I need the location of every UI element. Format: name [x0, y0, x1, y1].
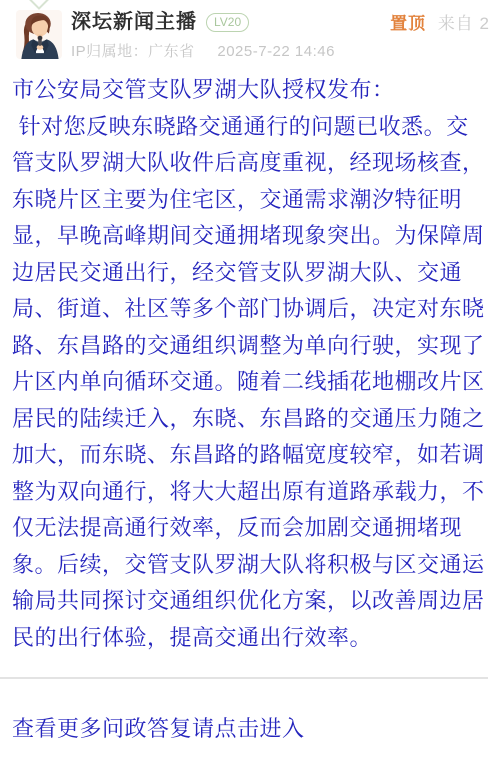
post-header: 深坛新闻主播 LV20 IP归属地：广东省 2025-7-22 14:46 置顶…	[0, 0, 500, 61]
post-body-text: 市公安局交管支队罗湖大队授权发布： 针对您反映东晓路交通通行的问题已收悉。交 管…	[0, 72, 500, 656]
user-info-block: 深坛新闻主播 LV20 IP归属地：广东省 2025-7-22 14:46	[71, 10, 390, 61]
section-divider	[0, 677, 488, 679]
user-level-badge: LV20	[206, 13, 249, 32]
from-floor-link[interactable]: 来自 2	[438, 14, 490, 33]
user-avatar[interactable]	[16, 10, 62, 59]
header-right-labels: 置顶 来自 2	[390, 13, 490, 35]
news-anchor-avatar-icon	[16, 10, 62, 59]
ip-location: IP归属地：广东省	[71, 43, 195, 60]
more-replies-link[interactable]: 查看更多问政答复请点击进入	[12, 712, 305, 743]
pinned-badge: 置顶	[390, 14, 426, 33]
post-meta-line: IP归属地：广东省 2025-7-22 14:46	[71, 40, 390, 61]
post-timestamp: 2025-7-22 14:46	[217, 43, 335, 60]
forum-post-page: 深坛新闻主播 LV20 IP归属地：广东省 2025-7-22 14:46 置顶…	[0, 0, 500, 758]
username[interactable]: 深坛新闻主播	[71, 10, 197, 34]
